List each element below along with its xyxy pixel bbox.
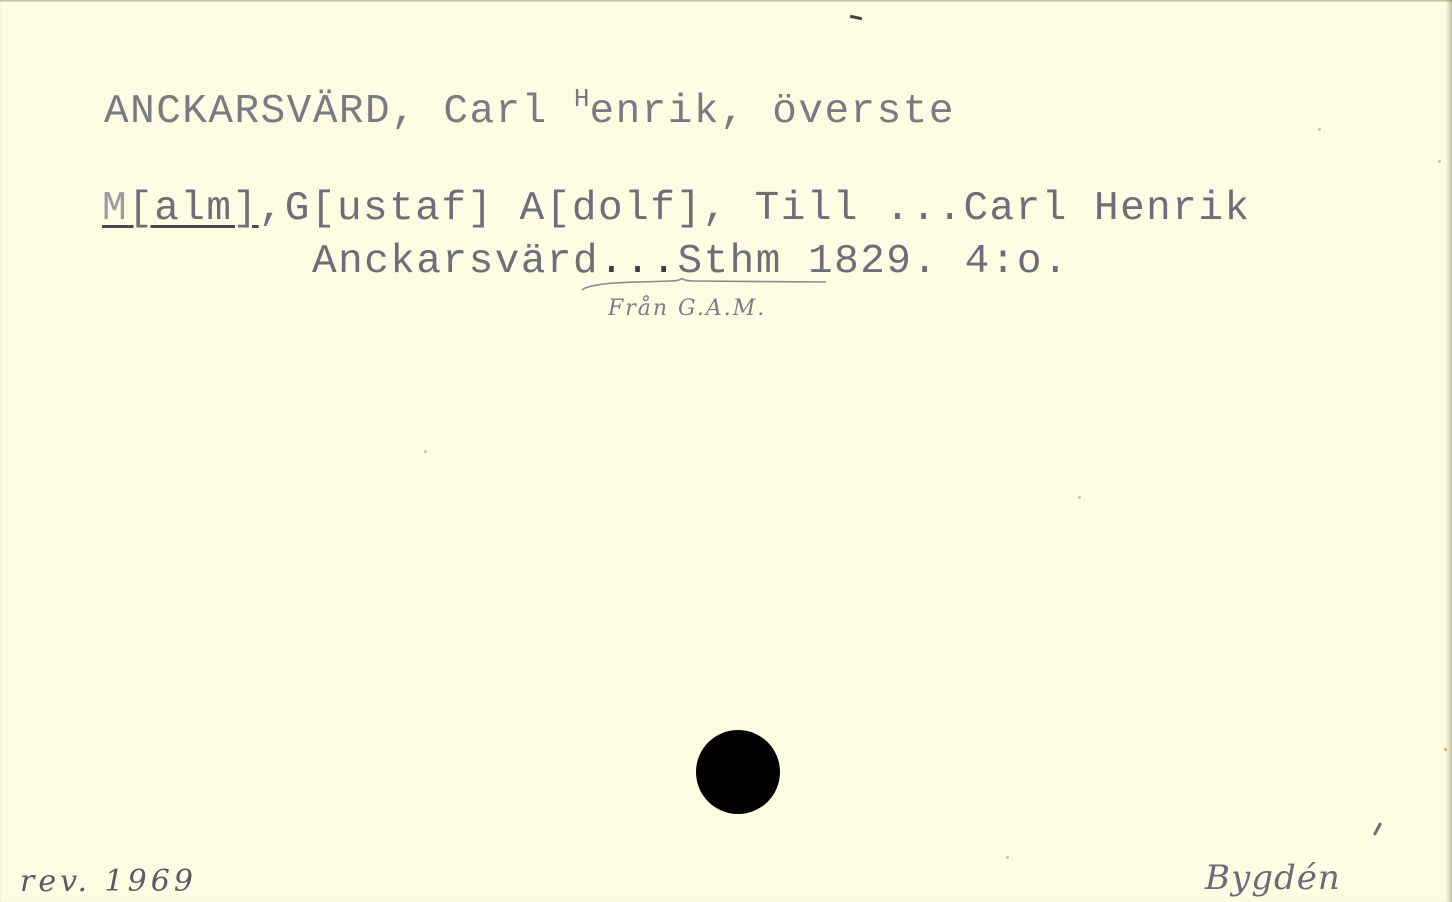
revision-note: rev. 1969 [20, 864, 197, 899]
citation-author-rest: ,G[ustaf] A[dolf], [259, 186, 729, 232]
citation-author-bracket: [alm] [128, 186, 259, 232]
paper-speck [1078, 496, 1081, 499]
catalog-card: ANCKARSVÄRD, Carl Henrik, överste M[alm]… [0, 0, 1452, 902]
handwritten-brace [580, 278, 830, 292]
paper-speck [1438, 160, 1441, 163]
citation-title-end: Anckarsvärd [312, 239, 599, 285]
card-heading: ANCKARSVÄRD, Carl Henrik, överste [104, 86, 955, 133]
paper-speck [1006, 856, 1009, 859]
heading-title: överste [772, 89, 955, 135]
citation-line-1: M[alm],G[ustaf] A[dolf], Till ...Carl He… [102, 189, 1251, 230]
paper-speck [424, 450, 427, 453]
signature: Bygdén [1205, 858, 1341, 898]
citation-format: 4:o. [965, 239, 1069, 285]
source-note: Från G.A.M. [608, 296, 766, 321]
heading-given-prefix: Carl [443, 89, 574, 135]
punch-hole [696, 730, 780, 814]
paper-speck [1444, 748, 1447, 751]
heading-surname: ANCKARSVÄRD, [104, 89, 417, 135]
citation-line-2: Anckarsvärd...Sthm 1829. 4:o. [312, 242, 1069, 283]
signature-accent-mark [1373, 822, 1382, 836]
citation-title-start: Till ...Carl Henrik [755, 186, 1251, 232]
ink-mark [850, 15, 862, 20]
heading-given-rest: enrik, [590, 89, 747, 135]
heading-given-superscript: H [574, 84, 590, 114]
citation-author-initial: M [102, 186, 128, 232]
paper-speck [1318, 128, 1321, 131]
